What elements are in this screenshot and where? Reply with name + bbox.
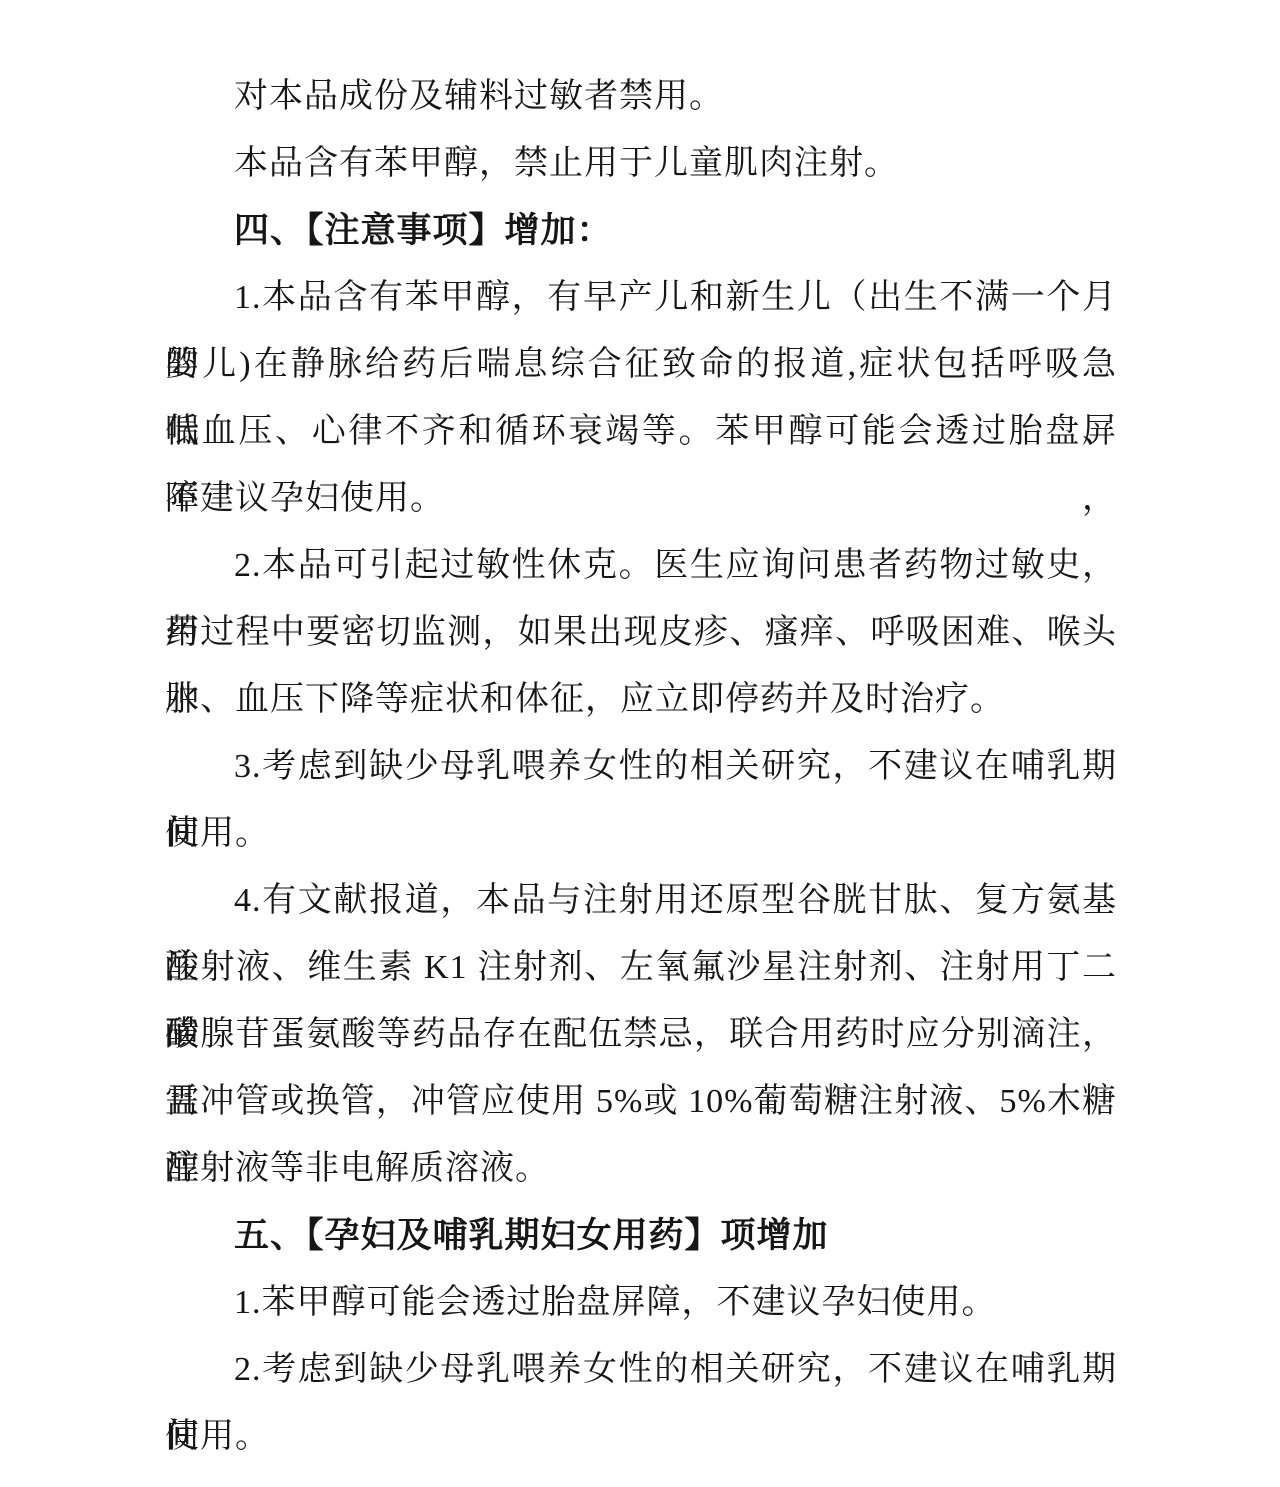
body-text-line: 药过程中要密切监测，如果出现皮疹、瘙痒、呼吸困难、喉头水 (165, 599, 1117, 666)
body-text-line: 酸腺苷蛋氨酸等药品存在配伍禁忌，联合用药时应分别滴注，且 (165, 1001, 1117, 1068)
document-page: 对本品成份及辅料过敏者禁用。本品含有苯甲醇，禁止用于儿童肌肉注射。四、【注意事项… (0, 0, 1280, 1487)
body-text-line: 4.有文献报道，本品与注射用还原型谷胱甘肽、复方氨基酸 (165, 867, 1117, 934)
body-text-line: 注射液、维生素 K1 注射剂、左氧氟沙星注射剂、注射用丁二磺 (165, 934, 1117, 1001)
body-text-line: 2.本品可引起过敏性休克。医生应询问患者药物过敏史，用 (165, 532, 1117, 599)
document-body: 对本品成份及辅料过敏者禁用。本品含有苯甲醇，禁止用于儿童肌肉注射。四、【注意事项… (165, 63, 1117, 1470)
body-text-line: 2.考虑到缺少母乳喂养女性的相关研究，不建议在哺乳期间 (165, 1336, 1117, 1403)
body-text-line: 低血压、心律不齐和循环衰竭等。苯甲醇可能会透过胎盘屏障， (165, 398, 1117, 465)
body-text-line: 本品含有苯甲醇，禁止用于儿童肌肉注射。 (165, 130, 1117, 197)
body-text-line: 对本品成份及辅料过敏者禁用。 (165, 63, 1117, 130)
body-text-line: 需冲管或换管，冲管应使用 5%或 10%葡萄糖注射液、5%木糖醇 (165, 1068, 1117, 1135)
body-text-line: 3.考虑到缺少母乳喂养女性的相关研究，不建议在哺乳期间 (165, 733, 1117, 800)
body-text-line: 使用。 (165, 800, 1117, 867)
section-heading: 五、【孕妇及哺乳期妇女用药】项增加 (165, 1202, 1117, 1269)
body-text-line: 注射液等非电解质溶液。 (165, 1135, 1117, 1202)
body-text-line: 肿、血压下降等症状和体征，应立即停药并及时治疗。 (165, 666, 1117, 733)
body-text-line: 婴儿)在静脉给药后喘息综合征致命的报道,症状包括呼吸急喘、 (165, 331, 1117, 398)
body-text-line: 1.苯甲醇可能会透过胎盘屏障，不建议孕妇使用。 (165, 1269, 1117, 1336)
body-text-line: 使用。 (165, 1403, 1117, 1470)
body-text-line: 1.本品含有苯甲醇，有早产儿和新生儿（出生不满一个月的 (165, 264, 1117, 331)
section-heading: 四、【注意事项】增加： (165, 197, 1117, 264)
